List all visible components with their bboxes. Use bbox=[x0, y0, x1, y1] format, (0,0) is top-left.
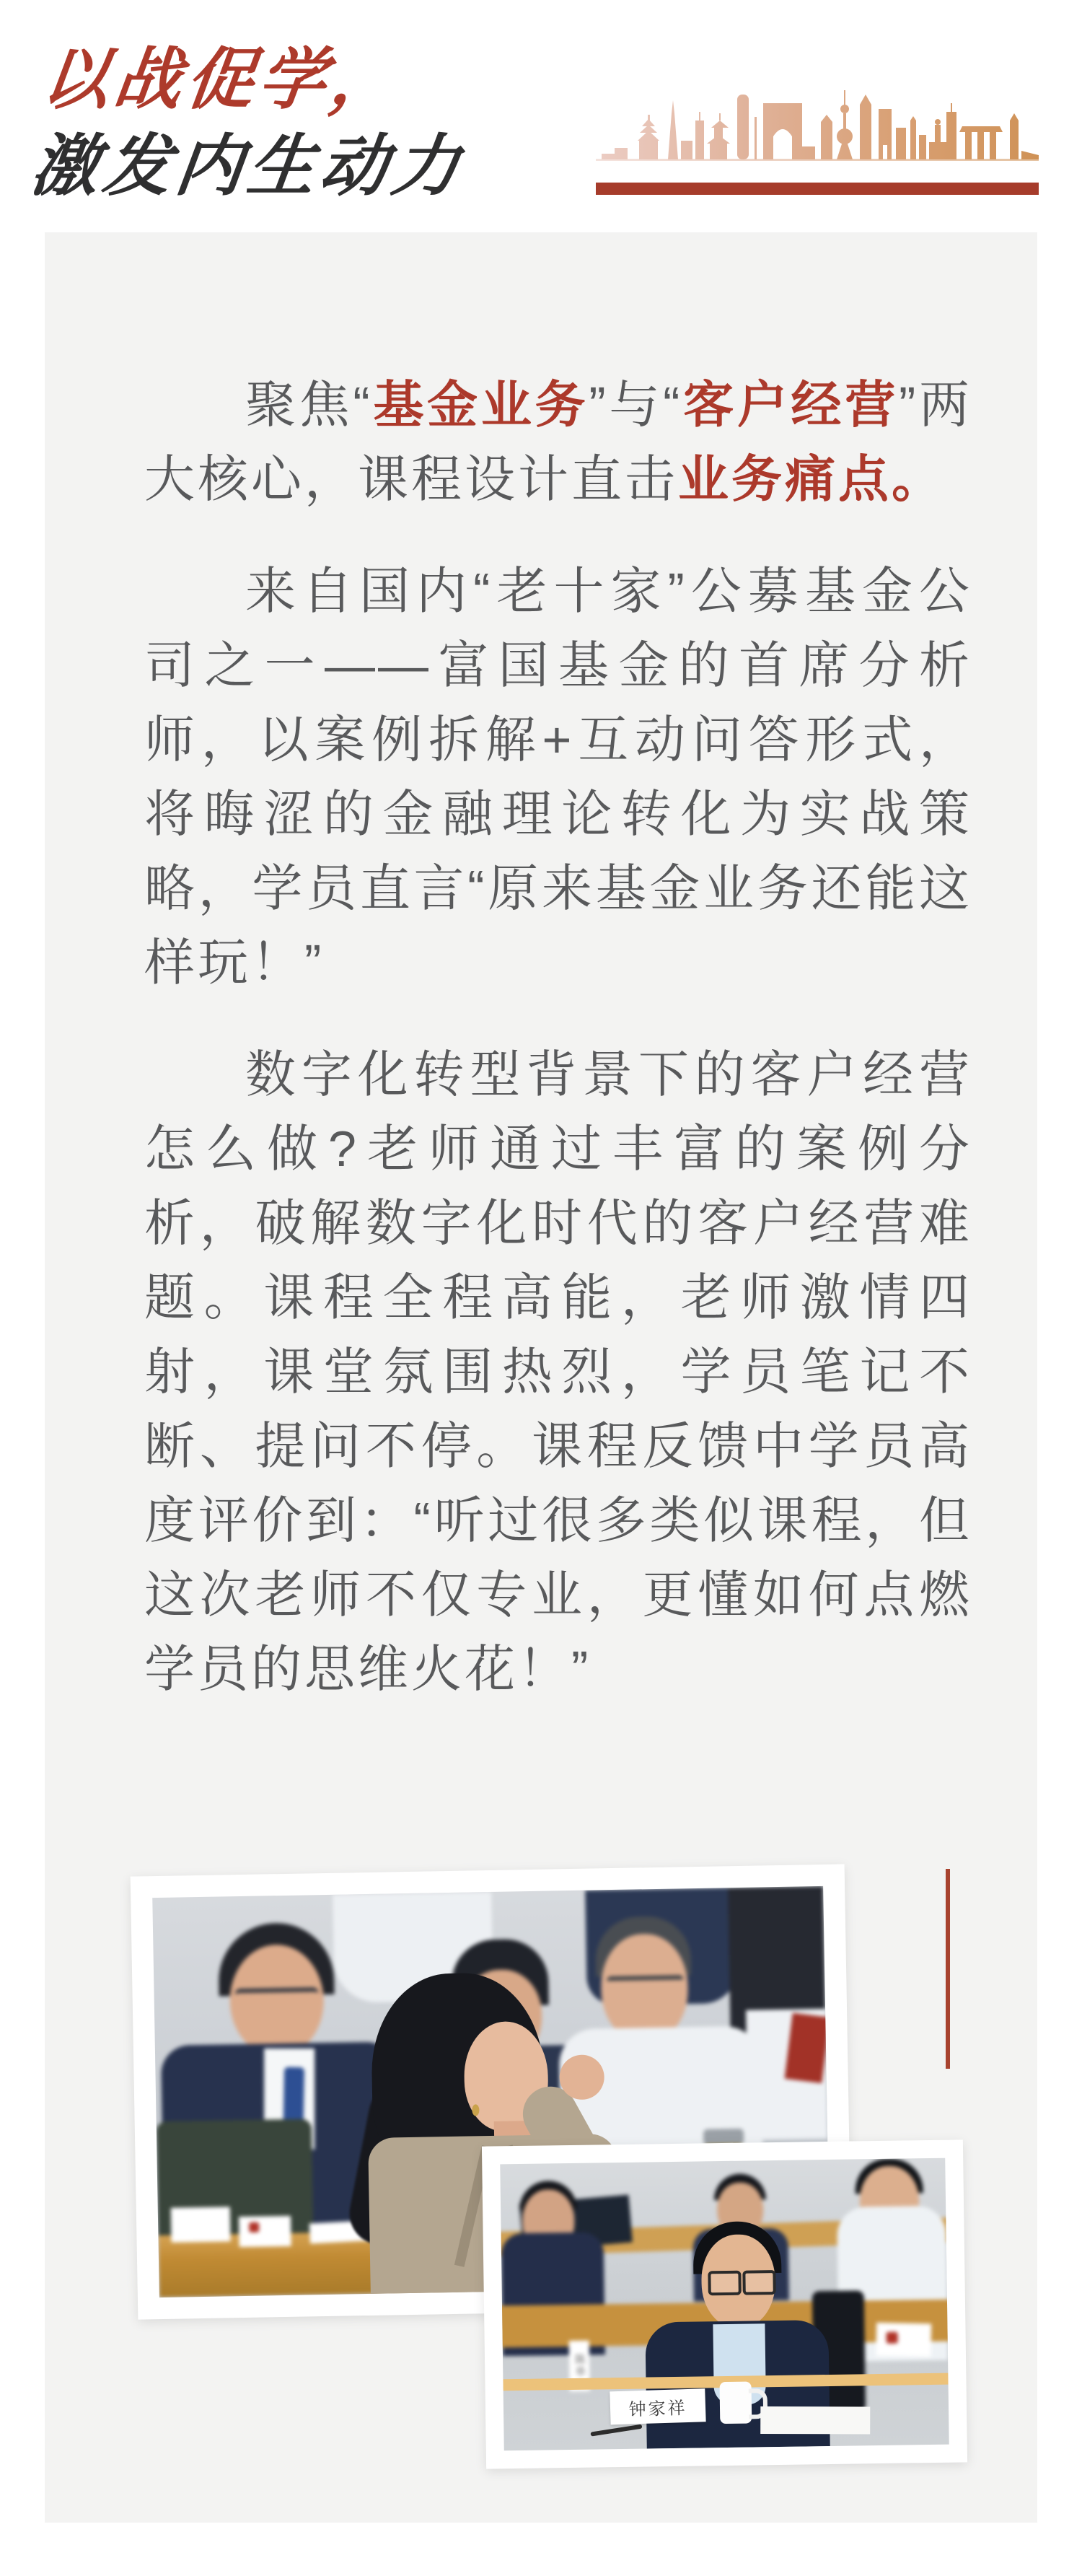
vertical-accent-line bbox=[946, 1869, 950, 2069]
name-card: 钟家祥 bbox=[610, 2388, 705, 2424]
paragraph: 来自国内“老十家”公募基金公司之一——富国基金的首席分析师，以案例拆解+互动问答… bbox=[144, 554, 972, 1000]
page-title: 以战促学， 激发内生动力 bbox=[27, 36, 480, 209]
page-title-line1: 以战促学， bbox=[37, 36, 480, 123]
classroom-photo-2[interactable]: 陈单 钟家祥 bbox=[482, 2139, 967, 2468]
red-booklet bbox=[785, 2013, 830, 2084]
white-folder bbox=[876, 2323, 931, 2357]
header-underline bbox=[596, 183, 1039, 195]
man-left-glasses bbox=[234, 1987, 319, 2010]
man-white-shirt-glasses bbox=[607, 1975, 683, 1997]
paragraph: 聚焦“基金业务”与“客户经营”两大核心，课程设计直击业务痛点。 bbox=[144, 368, 972, 517]
body-text: 数字化转型背景下的客户经营怎么做?老师通过丰富的案例分析，破解数字化时代的客户经… bbox=[144, 1046, 972, 1697]
notebook bbox=[760, 2406, 870, 2435]
name-card-blank bbox=[171, 2207, 231, 2242]
body-text: ”与“ bbox=[589, 377, 682, 433]
highlighted-text: 业务痛点。 bbox=[678, 451, 945, 507]
article-body: 聚焦“基金业务”与“客户经营”两大核心，课程设计直击业务痛点。来自国内“老十家”… bbox=[144, 368, 972, 1744]
body-text: 聚焦“ bbox=[245, 377, 373, 433]
highlighted-text: 基金业务 bbox=[373, 377, 589, 433]
city-skyline-icon bbox=[596, 84, 1039, 164]
red-logo-mark bbox=[887, 2332, 898, 2344]
white-mug bbox=[720, 2381, 752, 2424]
main-man-glasses bbox=[708, 2271, 741, 2296]
highlighted-text: 客户经营 bbox=[682, 377, 899, 433]
name-card-blank bbox=[239, 2216, 291, 2247]
photo2-image: 陈单 钟家祥 bbox=[500, 2158, 949, 2451]
main-man-glasses bbox=[742, 2270, 775, 2295]
paragraph: 数字化转型背景下的客户经营怎么做?老师通过丰富的案例分析，破解数字化时代的客户经… bbox=[144, 1038, 972, 1707]
woman-earring bbox=[472, 2104, 479, 2116]
page-title-line2: 激发内生动力 bbox=[27, 123, 470, 209]
red-logo-mark bbox=[249, 2222, 259, 2233]
article-page: 以战促学， 激发内生动力 bbox=[0, 0, 1082, 2576]
body-text: 来自国内“老十家”公募基金公司之一——富国基金的首席分析师，以案例拆解+互动问答… bbox=[144, 563, 972, 991]
